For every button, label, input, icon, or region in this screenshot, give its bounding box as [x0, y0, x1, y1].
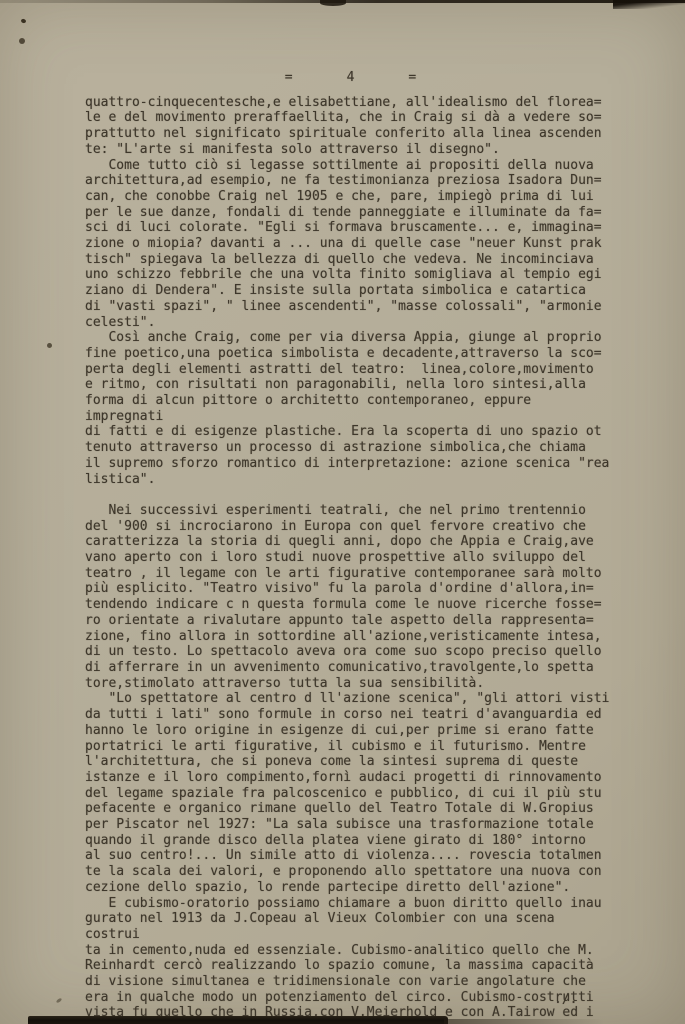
page-number: = 4 = — [85, 70, 617, 86]
photo-top-edge-notch — [320, 0, 346, 6]
photo-bottom-edge-shadow — [28, 1016, 448, 1024]
typewritten-body: quattro-cinquecentesche,e elisabettiane,… — [85, 95, 617, 1021]
photo-bottom-edge-fade — [444, 1019, 604, 1024]
paragraph-2: Come tutto ciò si legasse sottilmente ai… — [85, 158, 617, 331]
photo-top-right-shadow — [613, 0, 685, 9]
paper-speck — [20, 18, 26, 23]
paper-speck — [19, 38, 25, 44]
paragraph-1: quattro-cinquecentesche,e elisabettiane,… — [85, 95, 617, 158]
continuation-mark: ./. — [554, 992, 577, 1007]
paragraph-5: "Lo spettatore al centro d ll'azione sce… — [85, 691, 617, 895]
page-content: = 4 = quattro-cinquecentesche,e elisabet… — [85, 70, 617, 1021]
paragraph-3: Così anche Craig, come per via diversa A… — [85, 330, 617, 487]
paper-speck — [47, 343, 52, 348]
paragraph-4: Nei successivi esperimenti teatrali, che… — [85, 503, 617, 691]
paper-speck — [56, 998, 63, 1004]
typescript-page-photo: = 4 = quattro-cinquecentesche,e elisabet… — [0, 0, 685, 1024]
paragraph-6: E cubismo-oratorio possiamo chiamare a b… — [85, 896, 617, 1022]
